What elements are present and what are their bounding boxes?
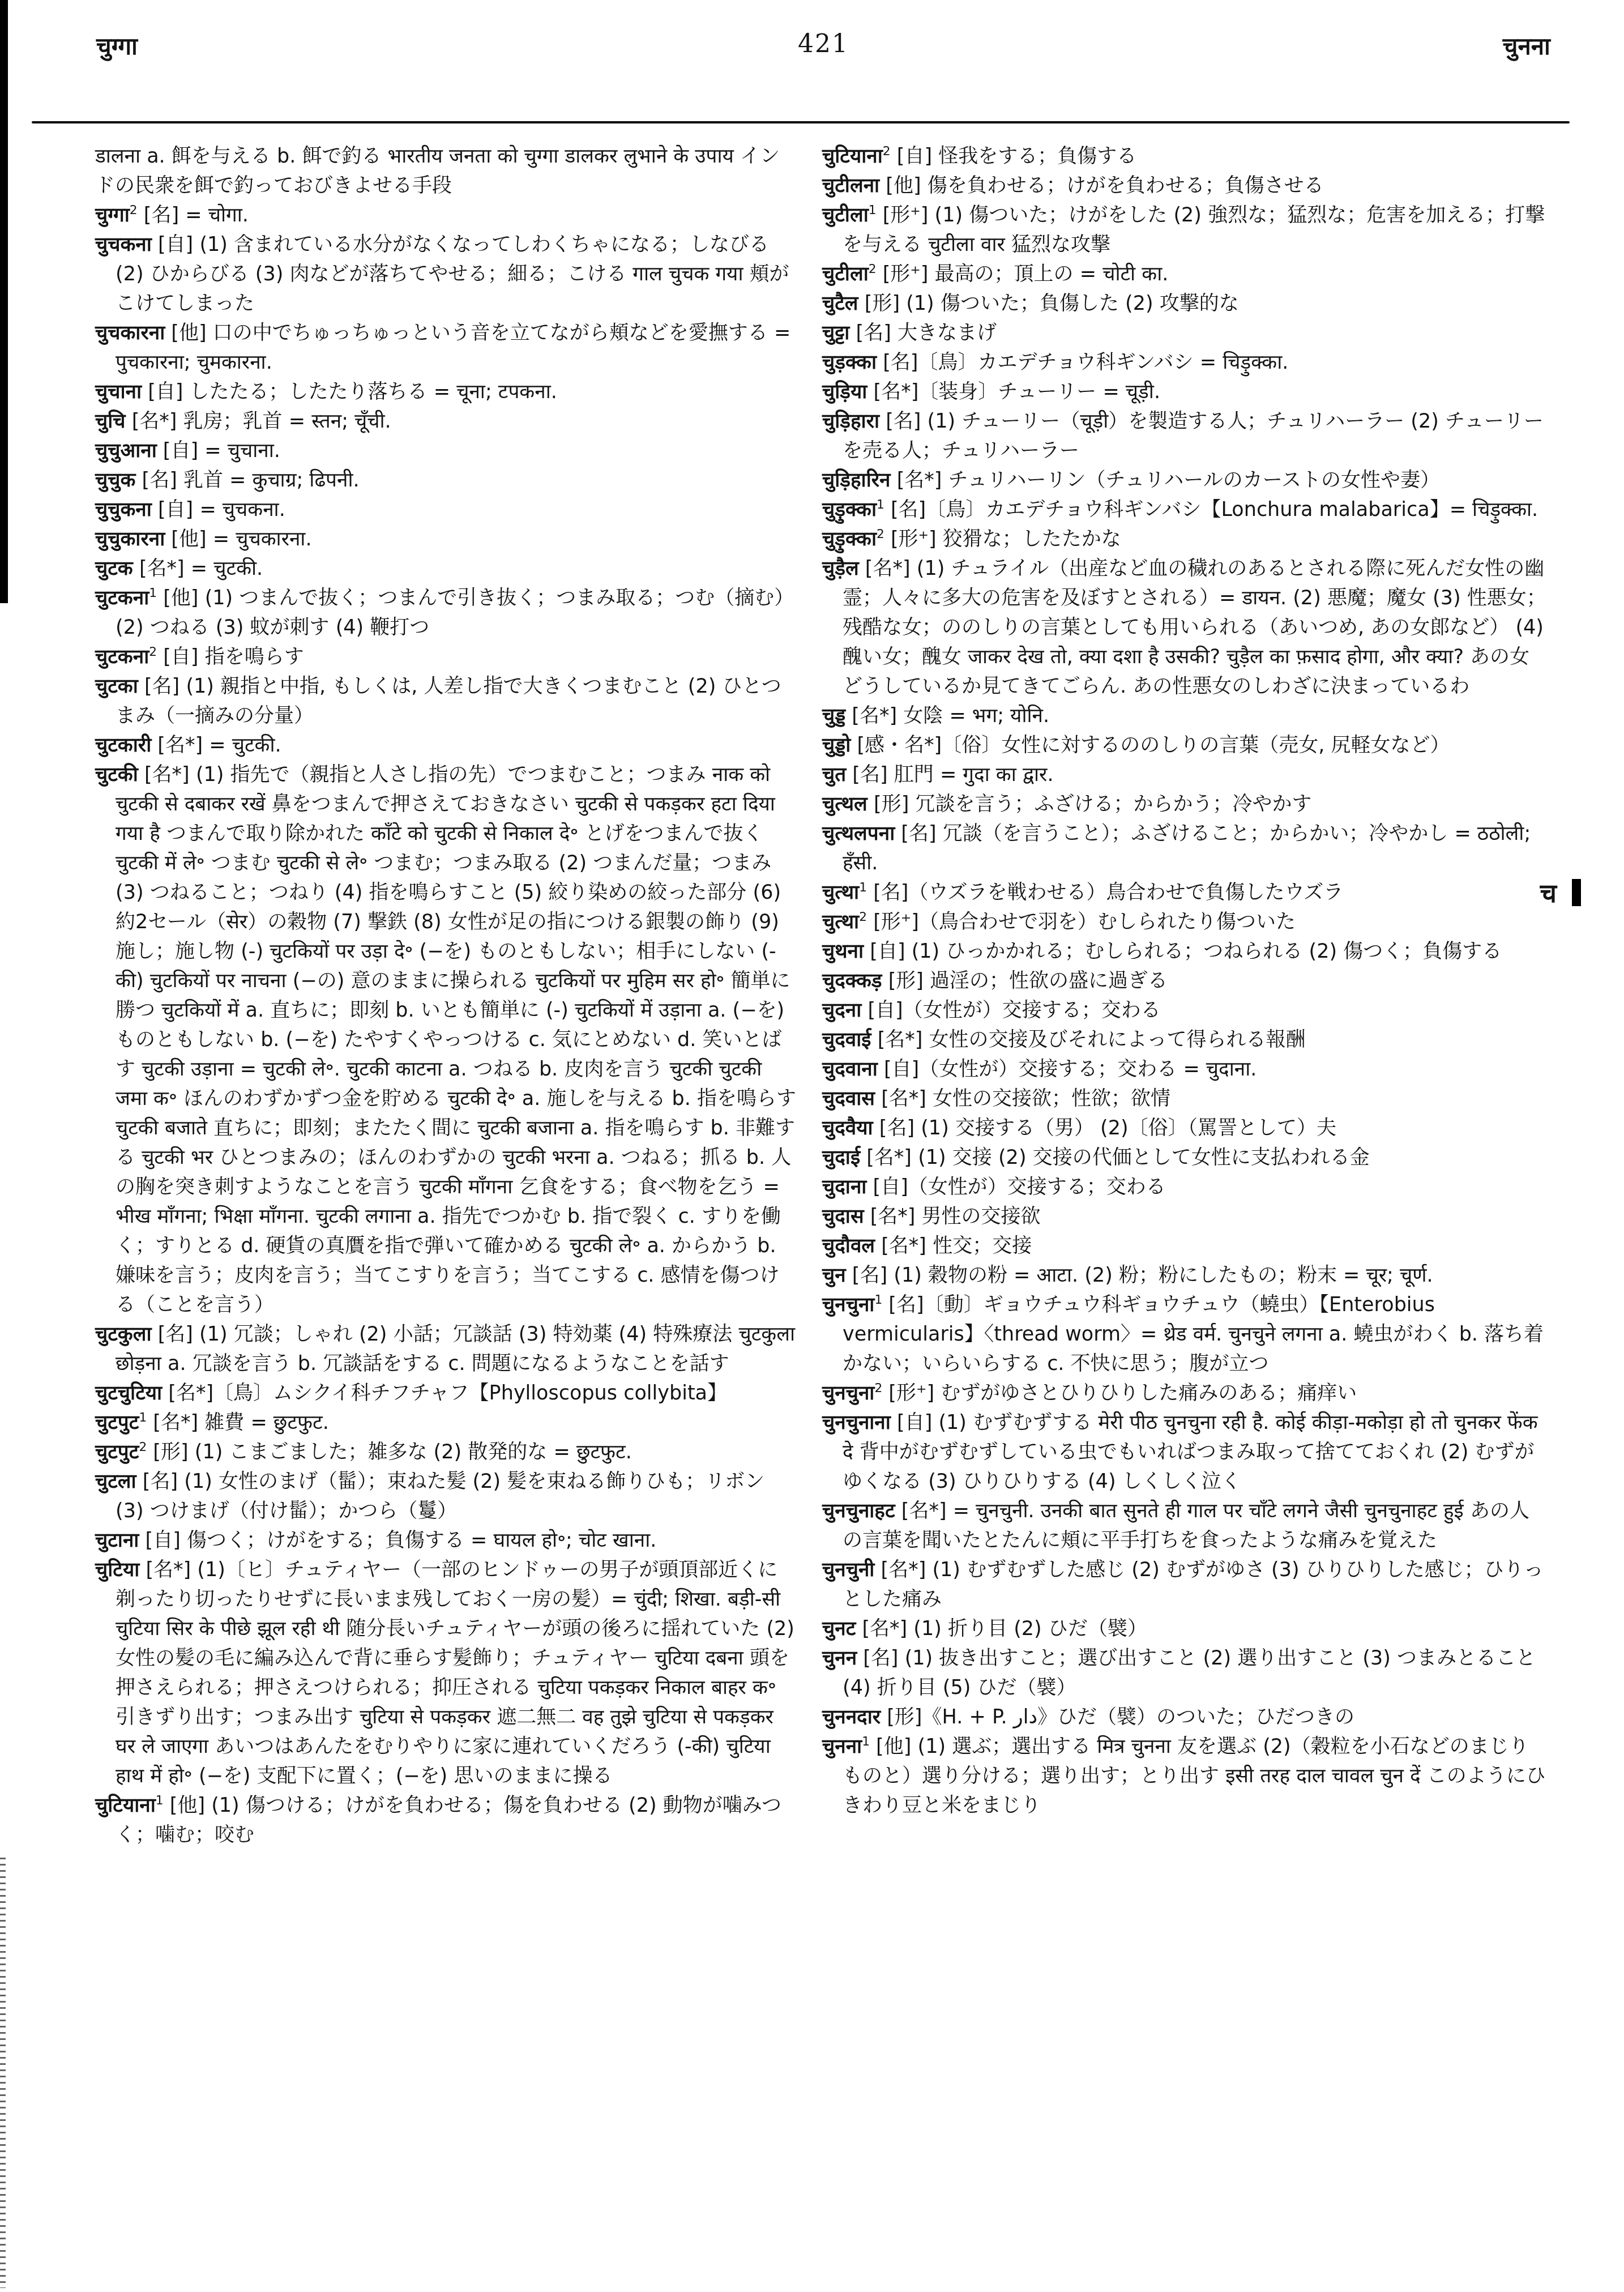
headword: चुत्थल — [822, 793, 867, 816]
dictionary-entry: चुटपुट1 [名*] 雑費 = छुटफुट. — [95, 1408, 796, 1437]
dictionary-entry: चुटैल [形] (1) 傷ついた；負傷した (2) 攻撃的な — [822, 289, 1548, 318]
entry-body: [形]《H. + P. دار》ひだ（襞）のついた；ひだつきの — [887, 1706, 1354, 1728]
entry-body: डालना a. 餌を与える b. 餌で釣る भारतीय जनता को चु… — [95, 145, 780, 197]
dictionary-entry: चुड़क्का [名]〔鳥〕カエデチョウ科ギンバシ = चिड़ुक्का. — [822, 348, 1548, 377]
headword: चुड्डो — [822, 734, 851, 757]
entry-body: [自] (1) むずむずする मेरी पीठ चुनचुना रही है. … — [843, 1411, 1538, 1493]
headword: चुचुकारना — [95, 528, 165, 550]
entry-body: [名*] 女性の交接欲；性欲；欲情 — [881, 1087, 1170, 1110]
entry-body: [形⁺] 最高の；頂上の = चोटी का. — [883, 263, 1169, 285]
entry-body: [名] (1) 親指と中指, もしくは, 人差し指で大きくつまむこと (2) ひ… — [116, 675, 781, 727]
entry-body: [自]（女性が）交接する；交わる — [867, 999, 1160, 1022]
headword: चुनन — [822, 1647, 857, 1670]
entry-body: [自] (1) ひっかかれる；むしられる；つねられる (2) 傷つく；負傷する — [870, 940, 1502, 963]
headword: चुटियाना — [822, 145, 883, 168]
dictionary-entry: चुत्थल [形] 冗談を言う；ふざける；からかう；冷やかす — [822, 789, 1548, 819]
entry-body: [感・名*]〔俗〕女性に対するののしりの言葉（売女, 尻軽女など） — [857, 734, 1450, 757]
headword: चुदाना — [822, 1176, 866, 1198]
dictionary-entry: चुनट [名*] (1) 折り目 (2) ひだ（襞） — [822, 1614, 1548, 1644]
headword: चुट्टा — [822, 322, 849, 344]
entry-body: [形⁺] (1) 傷ついた；けがをした (2) 強烈な；猛烈な；危害を加える；打… — [843, 204, 1545, 256]
entry-body: [名*] (1) 折り目 (2) ひだ（襞） — [862, 1617, 1147, 1640]
headword: चुदवाना — [822, 1058, 878, 1081]
entry-body: [名] 冗談（を言うこと）；ふざけること；からかい；冷やかし = ठठोली; … — [843, 822, 1531, 874]
homonym-number: 2 — [149, 645, 157, 659]
entry-body: [名*] チュリハーリン（チュリハールのカーストの女性や妻） — [897, 469, 1440, 492]
dictionary-entry: चुचुकना [自] = चुचकना. — [95, 495, 796, 524]
headword: चुनचुनी — [822, 1559, 874, 1581]
headword: चुड़िया — [822, 381, 867, 403]
headword: चुदाई — [822, 1146, 860, 1169]
running-head: चुग्गा 421 चुनना — [96, 29, 1550, 69]
dictionary-entry: चुटकारी [名*] = चुटकी. — [95, 731, 796, 760]
dictionary-entry: चुड़िहारिन [名*] チュリハーリン（チュリハールのカーストの女性や妻… — [822, 466, 1548, 495]
dictionary-entry: चुचकना [自] (1) 含まれている水分がなくなってしわくちゃになる；しな… — [95, 230, 796, 318]
headword: चुटियाना — [95, 1794, 156, 1817]
headword: चुचि — [95, 410, 126, 433]
headword: चुचाना — [95, 381, 142, 403]
homonym-number: 1 — [877, 498, 884, 512]
thumb-index-tab: च — [1540, 875, 1581, 909]
entry-body: [自] 指を鳴らす — [163, 646, 304, 668]
dictionary-column-left: डालना a. 餌を与える b. 餌で釣る भारतीय जनता को चु… — [95, 142, 796, 1850]
dictionary-entry: चुग्गा2 [名] = चोगा. — [95, 200, 796, 230]
scan-edge-shadow — [0, 0, 8, 603]
dictionary-entry: चुटकना2 [自] 指を鳴らす — [95, 642, 796, 672]
homonym-number: 2 — [139, 1440, 147, 1454]
headword: चुटचुटिया — [95, 1382, 162, 1405]
headword: चुटका — [95, 675, 138, 698]
headword: चुनचुनाना — [822, 1411, 891, 1434]
page-number: 421 — [798, 29, 849, 58]
entry-body: [名*] (1) むずむずした感じ (2) むずがゆさ (3) ひりひりした感じ… — [843, 1559, 1544, 1611]
entry-body: [名*] (1) 交接 (2) 交接の代価として女性に支払われる金 — [866, 1146, 1369, 1169]
dictionary-entry: चुदाई [名*] (1) 交接 (2) 交接の代価として女性に支払われる金 — [822, 1143, 1548, 1172]
dictionary-entry: चुट्टा [名] 大きなまげ — [822, 318, 1548, 348]
headword: चुचकना — [95, 233, 152, 256]
homonym-number: 2 — [130, 203, 138, 217]
entry-body: [名]〔鳥〕カエデチョウ科ギンバシ【Lonchura malabarica】= … — [891, 498, 1538, 521]
dictionary-entry: चुटीला1 [形⁺] (1) 傷ついた；けがをした (2) 強烈な；猛烈な；… — [822, 200, 1548, 259]
headword: चुचुक — [95, 469, 135, 492]
headword: चुचुकना — [95, 498, 152, 521]
entry-body: [名*] = चुनचुनी. उनकी बात सुनते ही गाल पर… — [843, 1500, 1529, 1552]
dictionary-entry: चुड्ड [名*] 女陰 = भग; योनि. — [822, 701, 1548, 731]
dictionary-entry: चुनचुना1 [名]〔動〕ギョウチュウ科ギョウチュウ（蟯虫）【Enterob… — [822, 1290, 1548, 1378]
dictionary-entry: चुनचुनाहट [名*] = चुनचुनी. उनकी बात सुनते… — [822, 1496, 1548, 1555]
headword: चुनचुना — [822, 1382, 874, 1405]
dictionary-entry: चुटीलना [他] 傷を負わせる；けがを負わせる；負傷させる — [822, 171, 1548, 200]
headword: चुदौवल — [822, 1235, 875, 1257]
dictionary-entry: चुटकी [名*] (1) 指先で（親指と人さし指の先）でつまむこと；つまみ … — [95, 760, 796, 1320]
entry-body: [名]〔動〕ギョウチュウ科ギョウチュウ（蟯虫）【Enterobius vermi… — [843, 1294, 1544, 1375]
entry-body: [名]〔鳥〕カエデチョウ科ギンバシ = चिड़ुक्का. — [883, 351, 1288, 374]
dictionary-entry: चुत [名] 肛門 = गुदा का द्वार. — [822, 760, 1548, 789]
homonym-number: 1 — [149, 586, 157, 600]
dictionary-entry: डालना a. 餌を与える b. 餌で釣る भारतीय जनता को चु… — [95, 142, 796, 200]
dictionary-entry: चुटीला2 [形⁺] 最高の；頂上の = चोटी का. — [822, 259, 1548, 289]
guide-word-right: चुनना — [1503, 29, 1550, 62]
entry-body: [自]（女性が）交接する；交わる — [873, 1176, 1166, 1198]
entry-body: [名] (1) 交接する（男） (2)〔俗〕（罵詈として）夫 — [879, 1117, 1336, 1139]
headword: चुटकी — [95, 763, 138, 786]
dictionary-entry: चुड़िया [名*]〔装身〕チューリー = चूड़ी. — [822, 377, 1548, 407]
homonym-number: 2 — [883, 144, 891, 159]
headword: चुग्गा — [95, 204, 130, 227]
entry-body: [名*] 雑費 = छुटफुट. — [153, 1411, 328, 1434]
dictionary-entry: चुचुक [名] 乳首 = कुचाग्र; ढिपनी. — [95, 466, 796, 495]
dictionary-entry: चुदवाई [名*] 女性の交接及びそれによって得られる報酬 — [822, 1025, 1548, 1055]
headword: चुटला — [95, 1470, 136, 1493]
dictionary-entry: चुदाना [自]（女性が）交接する；交わる — [822, 1172, 1548, 1202]
entry-body: [形] (1) こまごました；雑多な (2) 散発的な = छुटफुट. — [153, 1441, 631, 1463]
dictionary-entry: चुदवाना [自]（女性が）交接する；交わる = चुदाना. — [822, 1055, 1548, 1084]
dictionary-entry: चुदवास [名*] 女性の交接欲；性欲；欲情 — [822, 1084, 1548, 1113]
headword: चुटकना — [95, 587, 149, 609]
entry-body: [名] (1) 穀物の粉 = आटा. (2) 粉；粉にしたもの；粉末 = चू… — [852, 1264, 1433, 1287]
entry-body: [他] (1) 傷つける；けがを負わせる；傷を負わせる (2) 動物が噛みつく；… — [116, 1794, 781, 1846]
entry-body: [名] 大きなまげ — [856, 322, 997, 344]
entry-body: [名] 乳首 = कुचाग्र; ढिपनी. — [142, 469, 359, 492]
dictionary-entry: चुड़ैल [名*] (1) チュライル（出産など血の穢れのあるとされる際に死… — [822, 554, 1548, 701]
entry-body: [形⁺] むずがゆさとひりひりした痛みのある；痛痒い — [888, 1382, 1357, 1405]
headword: चुटपुट — [95, 1411, 139, 1434]
headword: चुचुआना — [95, 439, 157, 462]
headword: चुड़ुक्का — [822, 528, 877, 550]
entry-body: [名] (1) チューリー（चूड़ी）を製造する人；チュリハーラー (2) チ… — [843, 410, 1544, 462]
headword: चुदवास — [822, 1087, 875, 1110]
dictionary-entry: चुदौवल [名*] 性交；交接 — [822, 1231, 1548, 1261]
headword: चुनना — [822, 1735, 862, 1758]
dictionary-entry: चुटकुला [名] (1) 冗談；しゃれ (2) 小話；冗談話 (3) 特効… — [95, 1320, 796, 1378]
dictionary-entry: चुत्था2 [形⁺]（鳥合わせで羽を）むしられたり傷ついた — [822, 907, 1548, 937]
headword: चुत्थलपना — [822, 822, 895, 845]
entry-body: [名]（ウズラを戦わせる）鳥合わせで負傷したウズラ — [873, 881, 1343, 904]
dictionary-entry: चुनन [名] (1) 抜き出すこと；選び出すこと (2) 選り出すこと (3… — [822, 1644, 1548, 1702]
dictionary-entry: चुटपुट2 [形] (1) こまごました；雑多な (2) 散発的な = छु… — [95, 1437, 796, 1467]
dictionary-entry: चुदना [自]（女性が）交接する；交わる — [822, 996, 1548, 1025]
dictionary-entry: चुटिया [名*] (1)〔ヒ〕チュティヤー（一部のヒンドゥーの男子が頭頂部… — [95, 1555, 796, 1791]
homonym-number: 1 — [869, 203, 877, 217]
dictionary-entry: चुड़ुक्का1 [名]〔鳥〕カエデチョウ科ギンバシ【Lonchura ma… — [822, 495, 1548, 524]
entry-body: [名*] 男性の交接欲 — [870, 1205, 1041, 1228]
headword: चुड़िहारा — [822, 410, 879, 433]
headword: चुटकारी — [95, 734, 151, 757]
headword: चुदक्कड़ — [822, 970, 882, 992]
dictionary-entry: चुटका [名] (1) 親指と中指, もしくは, 人差し指で大きくつまむこと… — [95, 672, 796, 731]
entry-body: [名] (1) 抜き出すこと；選び出すこと (2) 選り出すこと (3) つまみ… — [843, 1647, 1536, 1699]
headword: चुड़ैल — [822, 557, 859, 580]
entry-body: [自] 怪我をする；負傷する — [897, 145, 1136, 168]
thumb-index-bar-icon — [1572, 879, 1581, 906]
homonym-number: 1 — [862, 1735, 870, 1749]
entry-body: [名*] 乳房；乳首 = स्तन; चूँची. — [132, 410, 391, 433]
entry-body: [名*] 女性の交接及びそれによって得られる報酬 — [878, 1028, 1306, 1051]
dictionary-entry: चुचुआना [自] = चुचाना. — [95, 436, 796, 466]
dictionary-entry: चुटक [名*] = चुटकी. — [95, 554, 796, 583]
entry-body: [他] 口の中でちゅっちゅっという音を立てながら頬などを愛撫する = पुचका… — [116, 322, 790, 374]
entry-body: [自] (1) 含まれている水分がなくなってしわくちゃになる；しなびる (2) … — [116, 233, 789, 315]
headword: चुथना — [822, 940, 864, 963]
dictionary-entry: चुड्डो [感・名*]〔俗〕女性に対するののしりの言葉（売女, 尻軽女など） — [822, 731, 1548, 760]
headword: चुत्था — [822, 881, 859, 904]
entry-body: [名*]〔装身〕チューリー = चूड़ी. — [874, 381, 1160, 403]
headword: चुनचुना — [822, 1294, 874, 1316]
entry-body: [名] (1) 冗談；しゃれ (2) 小話；冗談話 (3) 特効薬 (4) 特殊… — [116, 1323, 795, 1375]
dictionary-entry: चुदवैया [名] (1) 交接する（男） (2)〔俗〕（罵詈として）夫 — [822, 1113, 1548, 1143]
headword: चुचकारना — [95, 322, 165, 344]
headword: चुननदार — [822, 1706, 881, 1728]
dictionary-entry: चुचाना [自] したたる；したたり落ちる = चूना; टपकना. — [95, 377, 796, 407]
dictionary-entry: चुटला [名] (1) 女性のまげ（髷）；束ねた髪 (2) 髪を束ねる飾りひ… — [95, 1467, 796, 1526]
dictionary-entry: चुथना [自] (1) ひっかかれる；むしられる；つねられる (2) 傷つく… — [822, 937, 1548, 966]
headword: चुत — [822, 763, 846, 786]
entry-body: [形] 冗談を言う；ふざける；からかう；冷やかす — [874, 793, 1311, 816]
scan-noise — [0, 1858, 6, 2288]
dictionary-entry: चुनना1 [他] (1) 選ぶ；選出する मित्र चुनना 友を選ぶ … — [822, 1732, 1548, 1820]
headword: चुदवैया — [822, 1117, 873, 1139]
homonym-number: 1 — [859, 881, 867, 895]
dictionary-column-right: चुटियाना2 [自] 怪我をする；負傷するचुटीलना [他] 傷を負わ… — [822, 142, 1548, 1820]
entry-body: [形⁺]（鳥合わせで羽を）むしられたり傷ついた — [873, 911, 1296, 933]
header-rule — [32, 121, 1570, 123]
entry-body: [他] = चुचकारना. — [171, 528, 311, 550]
headword: चुनट — [822, 1617, 856, 1640]
headword: चुड़क्का — [822, 351, 877, 374]
headword: चुटाना — [95, 1529, 139, 1552]
entry-body: [自]（女性が）交接する；交わる = चुदाना. — [884, 1058, 1257, 1081]
headword: चुटीला — [822, 263, 869, 285]
dictionary-entry: चुचुकारना [他] = चुचकारना. — [95, 524, 796, 554]
thumb-index-letter: च — [1540, 878, 1557, 908]
headword: चुटैल — [822, 292, 858, 315]
headword: चुत्था — [822, 911, 859, 933]
dictionary-entry: चुड़िहारा [名] (1) チューリー（चूड़ी）を製造する人；チュリ… — [822, 407, 1548, 466]
dictionary-entry: चुचि [名*] 乳房；乳首 = स्तन; चूँची. — [95, 407, 796, 436]
headword: चुन — [822, 1264, 846, 1287]
homonym-number: 2 — [877, 527, 884, 541]
entry-body: [自] したたる；したたり落ちる = चूना; टपकना. — [148, 381, 557, 403]
dictionary-entry: चुटाना [自] 傷つく；けがをする；負傷する = घायल हो॰; चो… — [95, 1526, 796, 1555]
entry-body: [名*] = चुटकी. — [139, 557, 263, 580]
dictionary-entry: चुटियाना2 [自] 怪我をする；負傷する — [822, 142, 1548, 171]
entry-body: [名] 肛門 = गुदा का द्वार. — [852, 763, 1053, 786]
dictionary-entry: चुत्थलपना [名] 冗談（を言うこと）；ふざけること；からかい；冷やかし… — [822, 819, 1548, 878]
homonym-number: 1 — [139, 1411, 147, 1425]
entry-body: [名*] (1) チュライル（出産など血の穢れのあるとされる際に死んだ女性の幽霊… — [843, 557, 1546, 698]
entry-body: [自] = चुचाना. — [163, 439, 280, 462]
headword: चुदवाई — [822, 1028, 871, 1051]
entry-body: [形⁺] 狡猾な；したたかな — [891, 528, 1121, 550]
dictionary-entry: चुड़ुक्का2 [形⁺] 狡猾な；したたかな — [822, 524, 1548, 554]
entry-body: [名*] (1)〔ヒ〕チュティヤー（一部のヒンドゥーの男子が頭頂部近くに剃ったり… — [116, 1559, 794, 1787]
headword: चुड़ुक्का — [822, 498, 877, 521]
headword: चुदास — [822, 1205, 864, 1228]
homonym-number: 1 — [874, 1293, 882, 1307]
dictionary-entry: चुनचुना2 [形⁺] むずがゆさとひりひりした痛みのある；痛痒い — [822, 1378, 1548, 1408]
dictionary-entry: चुनचुनाना [自] (1) むずむずする मेरी पीठ चुनचुन… — [822, 1408, 1548, 1496]
headword: चुटपुट — [95, 1441, 139, 1463]
entry-body: [形] (1) 傷ついた；負傷した (2) 攻撃的な — [865, 292, 1239, 315]
homonym-number: 1 — [156, 1794, 164, 1808]
headword: चुटीलना — [822, 174, 879, 197]
headword: चुदना — [822, 999, 861, 1022]
headword: चुटकुला — [95, 1323, 152, 1346]
dictionary-page: { "page": { "guide_word_left": "चुग्गा",… — [0, 0, 1624, 2292]
entry-body: [名*] = चुटकी. — [157, 734, 281, 757]
dictionary-entry: चुदास [名*] 男性の交接欲 — [822, 1202, 1548, 1231]
headword: चुड़िहारिन — [822, 469, 890, 492]
homonym-number: 2 — [859, 910, 867, 924]
entry-body: [名*] (1) 指先で（親指と人さし指の先）でつまむこと；つまみ नाक को… — [116, 763, 796, 1316]
headword: चुनचुनाहट — [822, 1500, 895, 1522]
entry-body: [名] = चोगा. — [144, 204, 249, 227]
entry-body: [名] (1) 女性のまげ（髷）；束ねた髪 (2) 髪を束ねる飾りひも；リボン … — [116, 1470, 764, 1522]
headword: चुड्ड — [822, 705, 845, 727]
entry-body: [形] 過淫の；性欲の盛に過ぎる — [888, 970, 1168, 992]
headword: चुटकना — [95, 646, 149, 668]
dictionary-entry: चुटचुटिया [名*]〔鳥〕ムシクイ科チフチャフ【Phylloscopus… — [95, 1378, 796, 1408]
dictionary-entry: चुचकारना [他] 口の中でちゅっちゅっという音を立てながら頬などを愛撫す… — [95, 318, 796, 377]
dictionary-entry: चुन [名] (1) 穀物の粉 = आटा. (2) 粉；粉にしたもの；粉末 … — [822, 1261, 1548, 1290]
headword: चुटीला — [822, 204, 869, 227]
guide-word-left: चुग्गा — [96, 29, 138, 62]
dictionary-entry: चुननदार [形]《H. + P. دار》ひだ（襞）のついた；ひだつきの — [822, 1702, 1548, 1732]
homonym-number: 2 — [874, 1381, 882, 1395]
headword: चुटिया — [95, 1559, 139, 1581]
entry-body: [名*] 女陰 = भग; योनि. — [852, 705, 1049, 727]
entry-body: [他] (1) つまんで抜く；つまんで引き抜く；つまみ取る；つむ（摘む） (2)… — [116, 587, 794, 639]
dictionary-entry: चुत्था1 [名]（ウズラを戦わせる）鳥合わせで負傷したウズラ — [822, 878, 1548, 907]
dictionary-entry: चुनचुनी [名*] (1) むずむずした感じ (2) むずがゆさ (3) … — [822, 1555, 1548, 1614]
headword: चुटक — [95, 557, 133, 580]
homonym-number: 2 — [869, 262, 877, 276]
entry-body: [他] (1) 選ぶ；選出する मित्र चुनना 友を選ぶ (2)（穀粒を… — [843, 1735, 1546, 1817]
dictionary-entry: चुटकना1 [他] (1) つまんで抜く；つまんで引き抜く；つまみ取る；つむ… — [95, 583, 796, 642]
entry-body: [名*]〔鳥〕ムシクイ科チフチャフ【Phylloscopus collybita… — [168, 1382, 727, 1405]
entry-body: [他] 傷を負わせる；けがを負わせる；負傷させる — [886, 174, 1323, 197]
entry-body: [自] = चुचकना. — [158, 498, 285, 521]
dictionary-entry: चुटियाना1 [他] (1) 傷つける；けがを負わせる；傷を負わせる (2… — [95, 1791, 796, 1850]
entry-body: [名*] 性交；交接 — [881, 1235, 1032, 1257]
dictionary-entry: चुदक्कड़ [形] 過淫の；性欲の盛に過ぎる — [822, 966, 1548, 996]
entry-body: [自] 傷つく；けがをする；負傷する = घायल हो॰; चोट खाना. — [146, 1529, 657, 1552]
